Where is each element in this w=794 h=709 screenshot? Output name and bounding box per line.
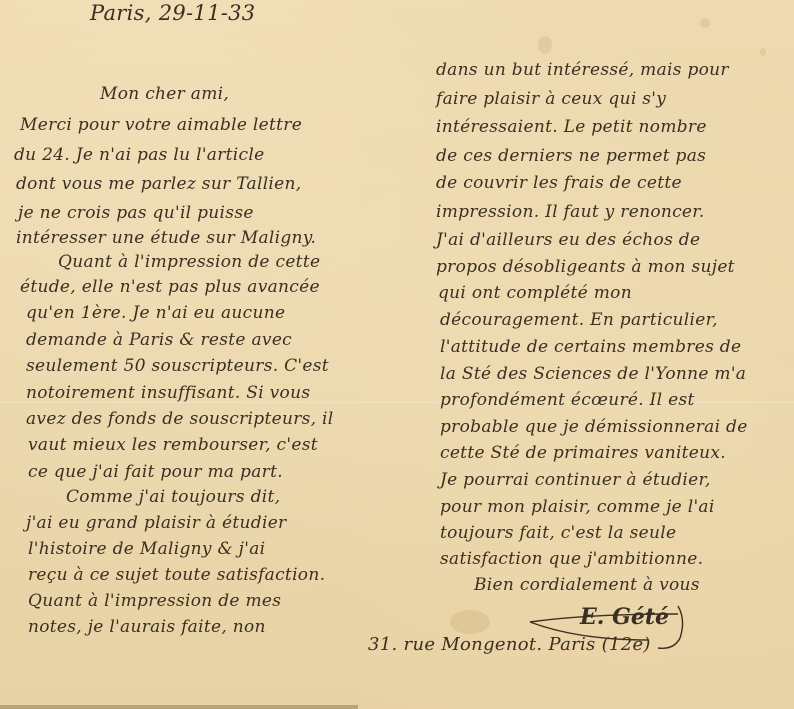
text-line: seulement 50 souscripteurs. C'est: [26, 358, 329, 375]
page-edge: [0, 705, 358, 709]
text-line: intéresser une étude sur Maligny.: [16, 230, 316, 247]
text-line: notes, je l'aurais faite, non: [28, 619, 266, 636]
text-line: reçu à ce sujet toute satisfaction.: [28, 567, 325, 584]
paper-stain: [538, 36, 552, 54]
text-line: de couvrir les frais de cette: [436, 175, 682, 192]
text-line: demande à Paris & reste avec: [26, 332, 292, 349]
text-line: Quant à l'impression de cette: [58, 254, 320, 271]
text-line: qu'en 1ère. Je n'ai eu aucune: [26, 305, 285, 322]
text-line: Je pourrai continuer à étudier,: [440, 472, 711, 489]
text-line: intéressaient. Le petit nombre: [436, 119, 707, 136]
text-line: l'attitude de certains membres de: [440, 339, 741, 356]
text-line: de ces derniers ne permet pas: [436, 148, 706, 165]
text-line: j'ai eu grand plaisir à étudier: [26, 515, 286, 532]
text-line: Comme j'ai toujours dit,: [66, 489, 280, 506]
text-line: Merci pour votre aimable lettre: [20, 117, 302, 134]
text-line: qui ont complété mon: [438, 285, 632, 302]
text-line: propos désobligeants à mon sujet: [436, 259, 735, 276]
text-line: avez des fonds de souscripteurs, il: [26, 411, 334, 428]
paper-stain: [450, 610, 490, 634]
text-line: l'histoire de Maligny & j'ai: [28, 541, 265, 558]
text-line: dont vous me parlez sur Tallien,: [16, 176, 301, 193]
text-line: faire plaisir à ceux qui s'y: [436, 91, 666, 108]
signature-name: E. Gété: [580, 604, 669, 630]
text-line: satisfaction que j'ambitionne.: [440, 551, 703, 568]
text-line: toujours fait, c'est la seule: [440, 525, 676, 542]
text-line: ce que j'ai fait pour ma part.: [28, 464, 283, 481]
letter-date: Paris, 29-11-33: [90, 3, 255, 24]
paper-stain: [700, 18, 710, 28]
text-line: vaut mieux les rembourser, c'est: [28, 437, 318, 454]
text-line: du 24. Je n'ai pas lu l'article: [14, 147, 264, 164]
text-line: la Sté des Sciences de l'Yonne m'a: [440, 366, 746, 383]
text-line: étude, elle n'est pas plus avancée: [20, 279, 320, 296]
paper-stain: [760, 48, 766, 56]
sender-address: 31. rue Mongenot. Paris (12e): [368, 636, 651, 654]
letter-salutation: Mon cher ami,: [100, 86, 229, 103]
text-line: impression. Il faut y renoncer.: [436, 204, 705, 221]
text-line: je ne crois pas qu'il puisse: [18, 205, 254, 222]
text-line: cette Sté de primaires vaniteux.: [440, 445, 726, 462]
text-line: découragement. En particulier,: [440, 312, 718, 329]
text-line: Quant à l'impression de mes: [28, 593, 281, 610]
text-line: probable que je démissionnerai de: [440, 419, 748, 436]
text-line: pour mon plaisir, comme je l'ai: [440, 499, 715, 516]
text-line: dans un but intéressé, mais pour: [436, 62, 729, 79]
text-line: profondément écœuré. Il est: [440, 392, 695, 409]
text-line: Bien cordialement à vous: [474, 577, 700, 594]
text-line: notoirement insuffisant. Si vous: [26, 385, 310, 402]
text-line: J'ai d'ailleurs eu des échos de: [436, 232, 700, 249]
letter-scan: Paris, 29-11-33 Mon cher ami, Merci pour…: [0, 0, 794, 709]
